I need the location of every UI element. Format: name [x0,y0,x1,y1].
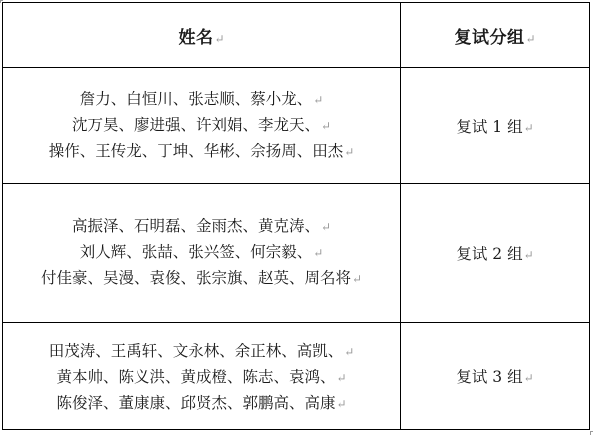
paragraph-mark-icon: ↵ [524,121,534,135]
line-break-icon: ↵ [313,93,323,107]
names-line: 陈俊泽、董康康、邱贤杰、郭鹏高、高康 [56,394,335,412]
paragraph-mark-icon: ↵ [524,371,534,385]
line-break-icon: ↵ [344,345,354,359]
names-line: 黄本帅、陈义洪、黄成橙、陈志、袁鸿、 [56,368,335,386]
paragraph-mark-icon: ↵ [344,145,354,159]
table-row: 田茂涛、王禹轩、文永林、余正林、高凯、↵ 黄本帅、陈义洪、黄成橙、陈志、袁鸿、↵… [3,323,590,430]
line-break-icon: ↵ [313,246,323,260]
paragraph-mark-icon: ↵ [524,248,534,262]
names-line: 田茂涛、王禹轩、文永林、余正林、高凯、 [49,342,344,360]
names-cell[interactable]: 詹力、白恒川、张志顺、蔡小龙、↵ 沈万昊、廖进强、许刘娟、李龙天、↵ 操作、王传… [3,68,401,184]
table-row: 高振泽、石明磊、金雨杰、黄克涛、↵ 刘人辉、张喆、张兴签、何宗毅、↵ 付佳豪、吴… [3,184,590,323]
names-line: 高振泽、石明磊、金雨杰、黄克涛、 [72,217,320,235]
paragraph-mark-icon: ↵ [214,32,224,46]
line-break-icon: ↵ [336,371,346,385]
header-group-cell[interactable]: 复试分组↵ [401,3,590,68]
header-name: 姓名 [178,28,213,48]
names-line: 操作、王传龙、丁坤、华彬、佘扬周、田杰 [49,142,344,160]
group-label: 复试 1 组 [456,118,522,136]
names-line: 付佳豪、吴漫、袁俊、张宗旗、赵英、周名将 [41,269,351,287]
names-cell[interactable]: 田茂涛、王禹轩、文永林、余正林、高凯、↵ 黄本帅、陈义洪、黄成橙、陈志、袁鸿、↵… [3,323,401,430]
line-break-icon: ↵ [321,220,331,234]
names-line: 詹力、白恒川、张志顺、蔡小龙、 [80,90,313,108]
group-cell[interactable]: 复试 3 组↵ [401,323,590,430]
paragraph-mark-icon: ↵ [525,32,535,46]
paragraph-mark-icon: ↵ [352,272,362,286]
group-label: 复试 3 组 [456,368,522,386]
table-header-row: 姓名↵ 复试分组↵ [3,3,590,68]
table-row: 詹力、白恒川、张志顺、蔡小龙、↵ 沈万昊、廖进强、许刘娟、李龙天、↵ 操作、王传… [3,68,590,184]
paragraph-mark-icon: ↵ [336,397,346,411]
group-cell[interactable]: 复试 2 组↵ [401,184,590,323]
group-cell[interactable]: 复试 1 组↵ [401,68,590,184]
names-cell[interactable]: 高振泽、石明磊、金雨杰、黄克涛、↵ 刘人辉、张喆、张兴签、何宗毅、↵ 付佳豪、吴… [3,184,401,323]
group-label: 复试 2 组 [456,245,522,263]
retest-group-table: 姓名↵ 复试分组↵ 詹力、白恒川、张志顺、蔡小龙、↵ 沈万昊、廖进强、许刘娟、李… [2,2,590,430]
line-break-icon: ↵ [321,119,331,133]
names-line: 沈万昊、廖进强、许刘娟、李龙天、 [72,116,320,134]
header-group: 复试分组 [454,28,524,48]
names-line: 刘人辉、张喆、张兴签、何宗毅、 [80,243,313,261]
header-name-cell[interactable]: 姓名↵ [3,3,401,68]
